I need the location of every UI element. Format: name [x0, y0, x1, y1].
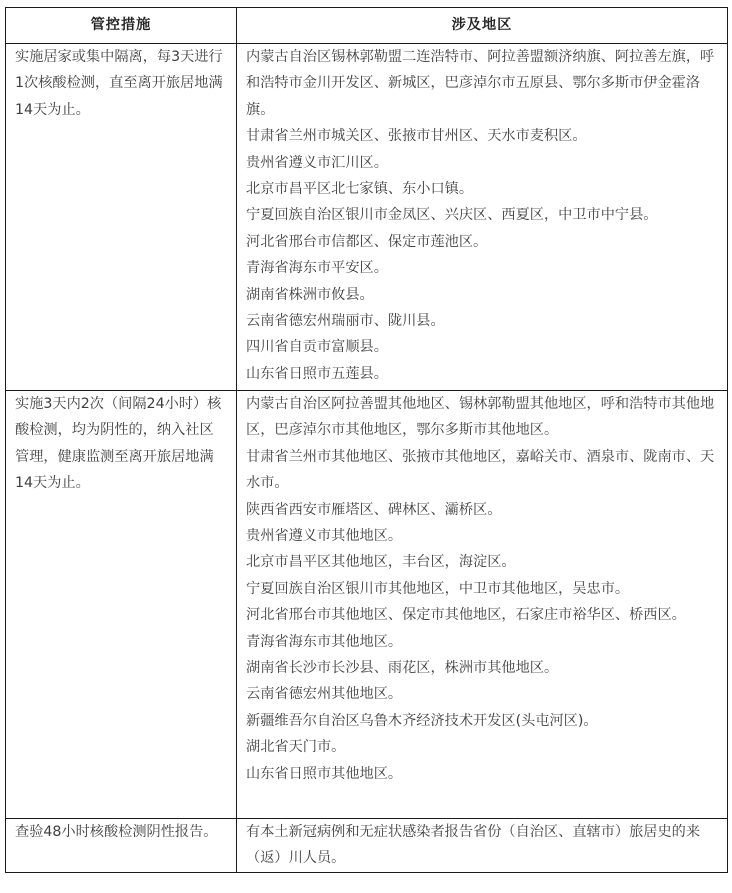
header-row: 管控措施 涉及地区 — [6, 8, 728, 44]
area-item: 内蒙古自治区锡林郭勒盟二连浩特市、阿拉善盟额济纳旗、阿拉善左旗，呼和浩特市金川开… — [246, 44, 718, 123]
areas-cell: 内蒙古自治区锡林郭勒盟二连浩特市、阿拉善盟额济纳旗、阿拉善左旗，呼和浩特市金川开… — [237, 44, 728, 391]
area-item: 青海省海东市平安区。 — [246, 255, 718, 281]
area-item: 河北省邢台市其他地区、保定市其他地区，石家庄市裕华区、桥西区。 — [246, 602, 718, 628]
area-item: 湖南省长沙市长沙县、雨花区，株洲市其他地区。 — [246, 655, 718, 681]
area-item: 贵州省遵义市其他地区。 — [246, 523, 718, 549]
header-measures: 管控措施 — [6, 8, 237, 44]
area-item: 四川省自贡市富顺县。 — [246, 334, 718, 360]
area-item: 河北省邢台市信都区、保定市莲池区。 — [246, 229, 718, 255]
area-item: 湖北省天门市。 — [246, 734, 718, 760]
area-item: 湖南省株洲市攸县。 — [246, 282, 718, 308]
area-item: 陕西省西安市雁塔区、碑林区、灞桥区。 — [246, 497, 718, 523]
table-row: 实施3天内2次（间隔24小时）核酸检测，均为阴性的，纳入社区管理，健康监测至离开… — [6, 391, 728, 819]
area-item: 宁夏回族自治区银川市其他地区，中卫市其他地区，吴忠市。 — [246, 576, 718, 602]
area-item: 有本土新冠病例和无症状感染者报告省份（自治区、直辖市）旅居史的来（返）川人员。 — [246, 819, 718, 872]
area-item: 青海省海东市其他地区。 — [246, 629, 718, 655]
area-item: 甘肃省兰州市其他地区、张掖市其他地区，嘉峪关市、酒泉市、陇南市、天水市。 — [246, 444, 718, 497]
area-item: 宁夏回族自治区银川市金凤区、兴庆区、西夏区，中卫市中宁县。 — [246, 202, 718, 228]
area-item: 内蒙古自治区阿拉善盟其他地区、锡林郭勒盟其他地区，呼和浩特市其他地区，巴彦淖尔市… — [246, 391, 718, 444]
header-areas: 涉及地区 — [237, 8, 728, 44]
table-row: 实施居家或集中隔离，每3天进行1次核酸检测，直至离开旅居地满14天为止。 内蒙古… — [6, 44, 728, 391]
area-item: 贵州省遵义市汇川区。 — [246, 150, 718, 176]
control-measures-table: 管控措施 涉及地区 实施居家或集中隔离，每3天进行1次核酸检测，直至离开旅居地满… — [5, 7, 728, 873]
area-item: 云南省德宏州瑞丽市、陇川县。 — [246, 308, 718, 334]
table-row: 查验48小时核酸检测阴性报告。 有本土新冠病例和无症状感染者报告省份（自治区、直… — [6, 819, 728, 873]
area-item: 新疆维吾尔自治区乌鲁木齐经济技术开发区(头屯河区)。 — [246, 708, 718, 734]
measure-cell: 实施3天内2次（间隔24小时）核酸检测，均为阴性的，纳入社区管理，健康监测至离开… — [6, 391, 237, 819]
areas-cell: 有本土新冠病例和无症状感染者报告省份（自治区、直辖市）旅居史的来（返）川人员。 — [237, 819, 728, 873]
measure-cell: 实施居家或集中隔离，每3天进行1次核酸检测，直至离开旅居地满14天为止。 — [6, 44, 237, 391]
areas-cell: 内蒙古自治区阿拉善盟其他地区、锡林郭勒盟其他地区，呼和浩特市其他地区，巴彦淖尔市… — [237, 391, 728, 819]
area-item: 北京市昌平区其他地区，丰台区，海淀区。 — [246, 549, 718, 575]
measure-cell: 查验48小时核酸检测阴性报告。 — [6, 819, 237, 873]
area-item: 山东省日照市五莲县。 — [246, 361, 718, 387]
area-item: 甘肃省兰州市城关区、张掖市甘州区、天水市麦积区。 — [246, 123, 718, 149]
area-item: 山东省日照市其他地区。 — [246, 761, 718, 787]
area-item: 云南省德宏州其他地区。 — [246, 681, 718, 707]
area-item: 北京市昌平区北七家镇、东小口镇。 — [246, 176, 718, 202]
